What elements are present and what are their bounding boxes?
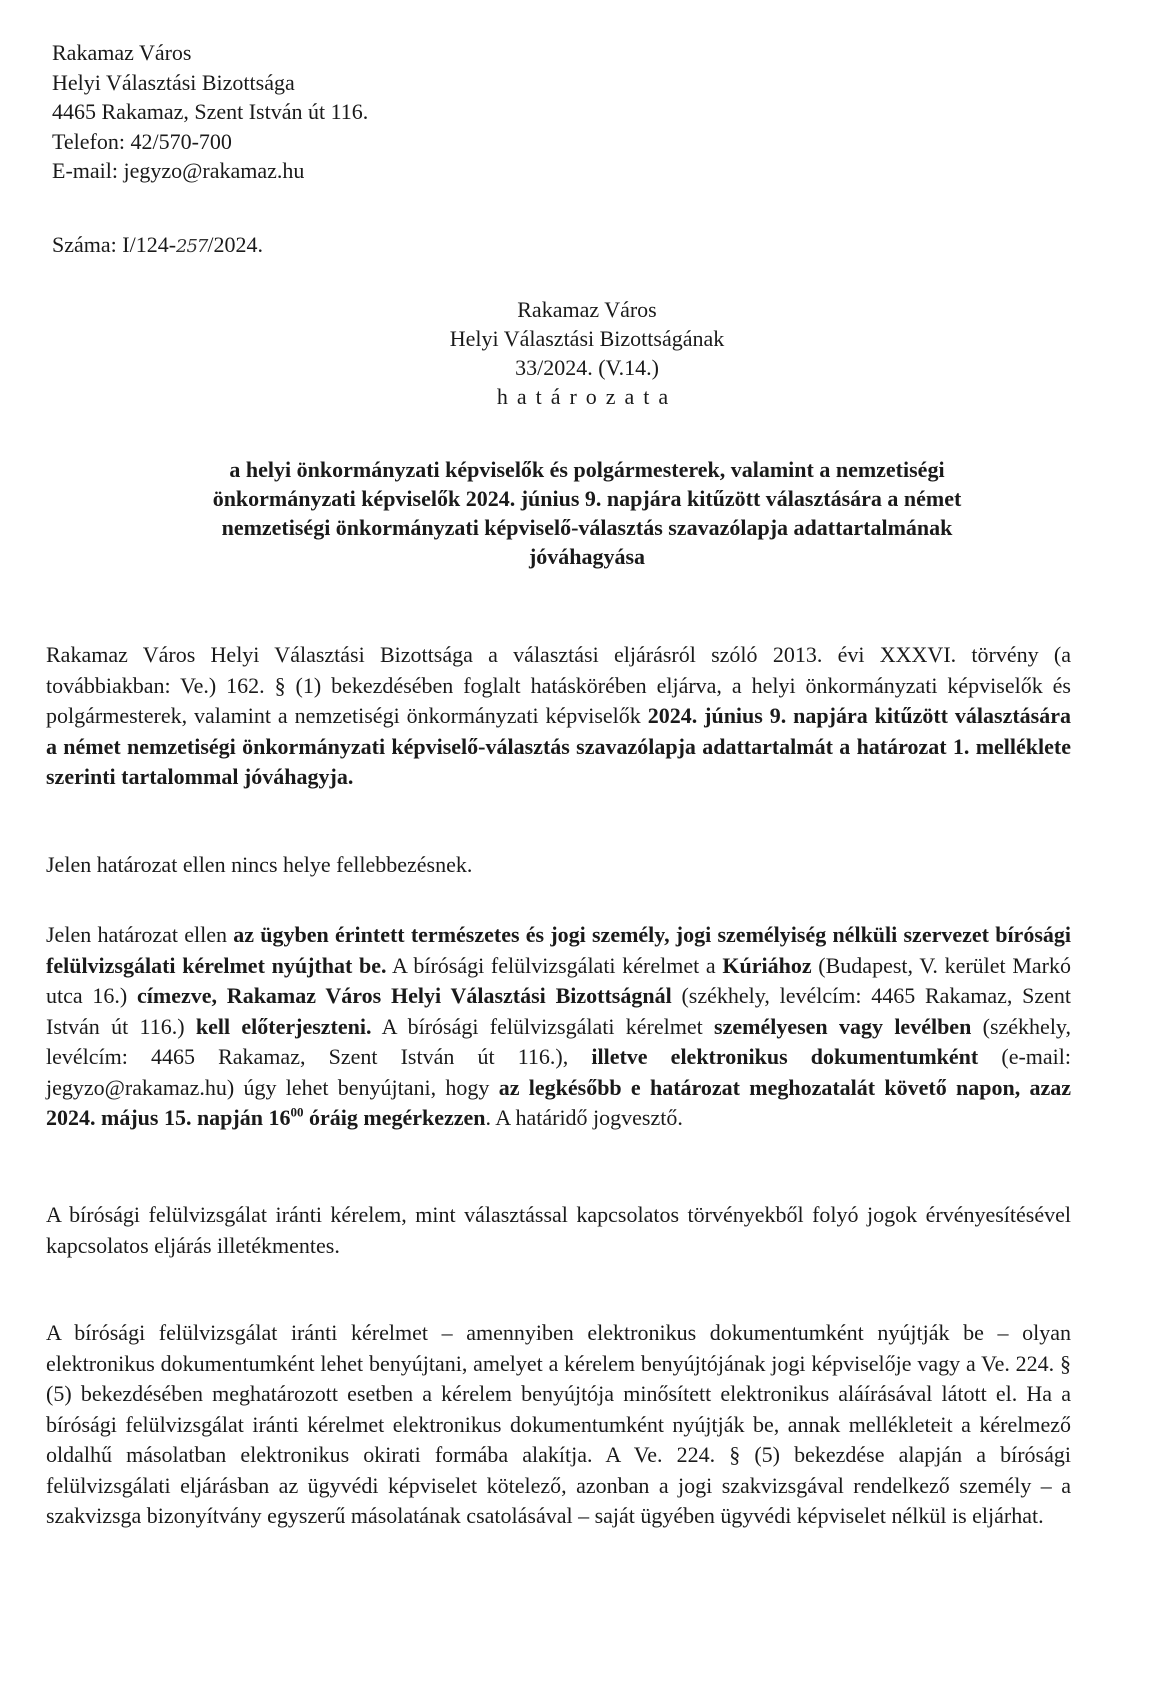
reference-prefix: Száma: I/124- [52, 232, 176, 257]
paragraph-judicial-review: Jelen határozat ellen az ügyben érintett… [46, 920, 1071, 1134]
header-line-1: Rakamaz Város [0, 295, 1174, 324]
sender-committee: Helyi Választási Bizottsága [52, 68, 368, 98]
p3-b8: óráig megérkezzen [303, 1105, 485, 1130]
reference-suffix: /2024. [207, 232, 263, 257]
reference-handwritten: 257 [176, 236, 207, 257]
decision-header: Rakamaz Város Helyi Választási Bizottság… [0, 295, 1174, 411]
decision-subject: a helyi önkormányzati képviselők és polg… [100, 455, 1074, 571]
p3-s1: Jelen határozat ellen [46, 922, 233, 947]
sender-email: E-mail: jegyzo@rakamaz.hu [52, 156, 368, 186]
p3-b6: illetve elektronikus dokumentumként [591, 1044, 978, 1069]
p3-s8: . A határidő jogvesztő. [486, 1105, 683, 1130]
p3-b4: kell előterjeszteni. [196, 1014, 372, 1039]
p3-s2: A bírósági felülvizsgálati kérelmet a [386, 953, 722, 978]
paragraph-no-appeal: Jelen határozat ellen nincs helye felleb… [46, 850, 1071, 881]
subject-line-1: a helyi önkormányzati képviselők és polg… [100, 455, 1074, 484]
sender-block: Rakamaz Város Helyi Választási Bizottság… [52, 38, 368, 186]
header-title: határozata [0, 382, 1174, 411]
subject-line-3: nemzetiségi önkormányzati képviselő-vála… [100, 513, 1074, 542]
sender-name: Rakamaz Város [52, 38, 368, 68]
subject-line-2: önkormányzati képviselők 2024. június 9.… [100, 484, 1074, 513]
paragraph-decision: Rakamaz Város Helyi Választási Bizottság… [46, 640, 1071, 793]
p3-s5: A bírósági felülvizsgálati kérelmet [372, 1014, 715, 1039]
p3-sup: 00 [290, 1105, 303, 1120]
paragraph-fee-exempt: A bírósági felülvizsgálat iránti kérelem… [46, 1200, 1071, 1261]
sender-address: 4465 Rakamaz, Szent István út 116. [52, 97, 368, 127]
sender-phone: Telefon: 42/570-700 [52, 127, 368, 157]
p3-b3: címezve, Rakamaz Város Helyi Választási … [137, 983, 672, 1008]
header-line-2: Helyi Választási Bizottságának [0, 324, 1174, 353]
paragraph-electronic-submission: A bírósági felülvizsgálat iránti kérelme… [46, 1318, 1071, 1532]
p3-b2: Kúriához [722, 953, 811, 978]
document-page: Rakamaz Város Helyi Választási Bizottság… [0, 0, 1174, 1703]
header-line-3: 33/2024. (V.14.) [0, 353, 1174, 382]
subject-line-4: jóváhagyása [100, 542, 1074, 571]
reference-number: Száma: I/124-257/2024. [52, 232, 263, 258]
p3-b5: személyesen vagy levélben [714, 1014, 971, 1039]
